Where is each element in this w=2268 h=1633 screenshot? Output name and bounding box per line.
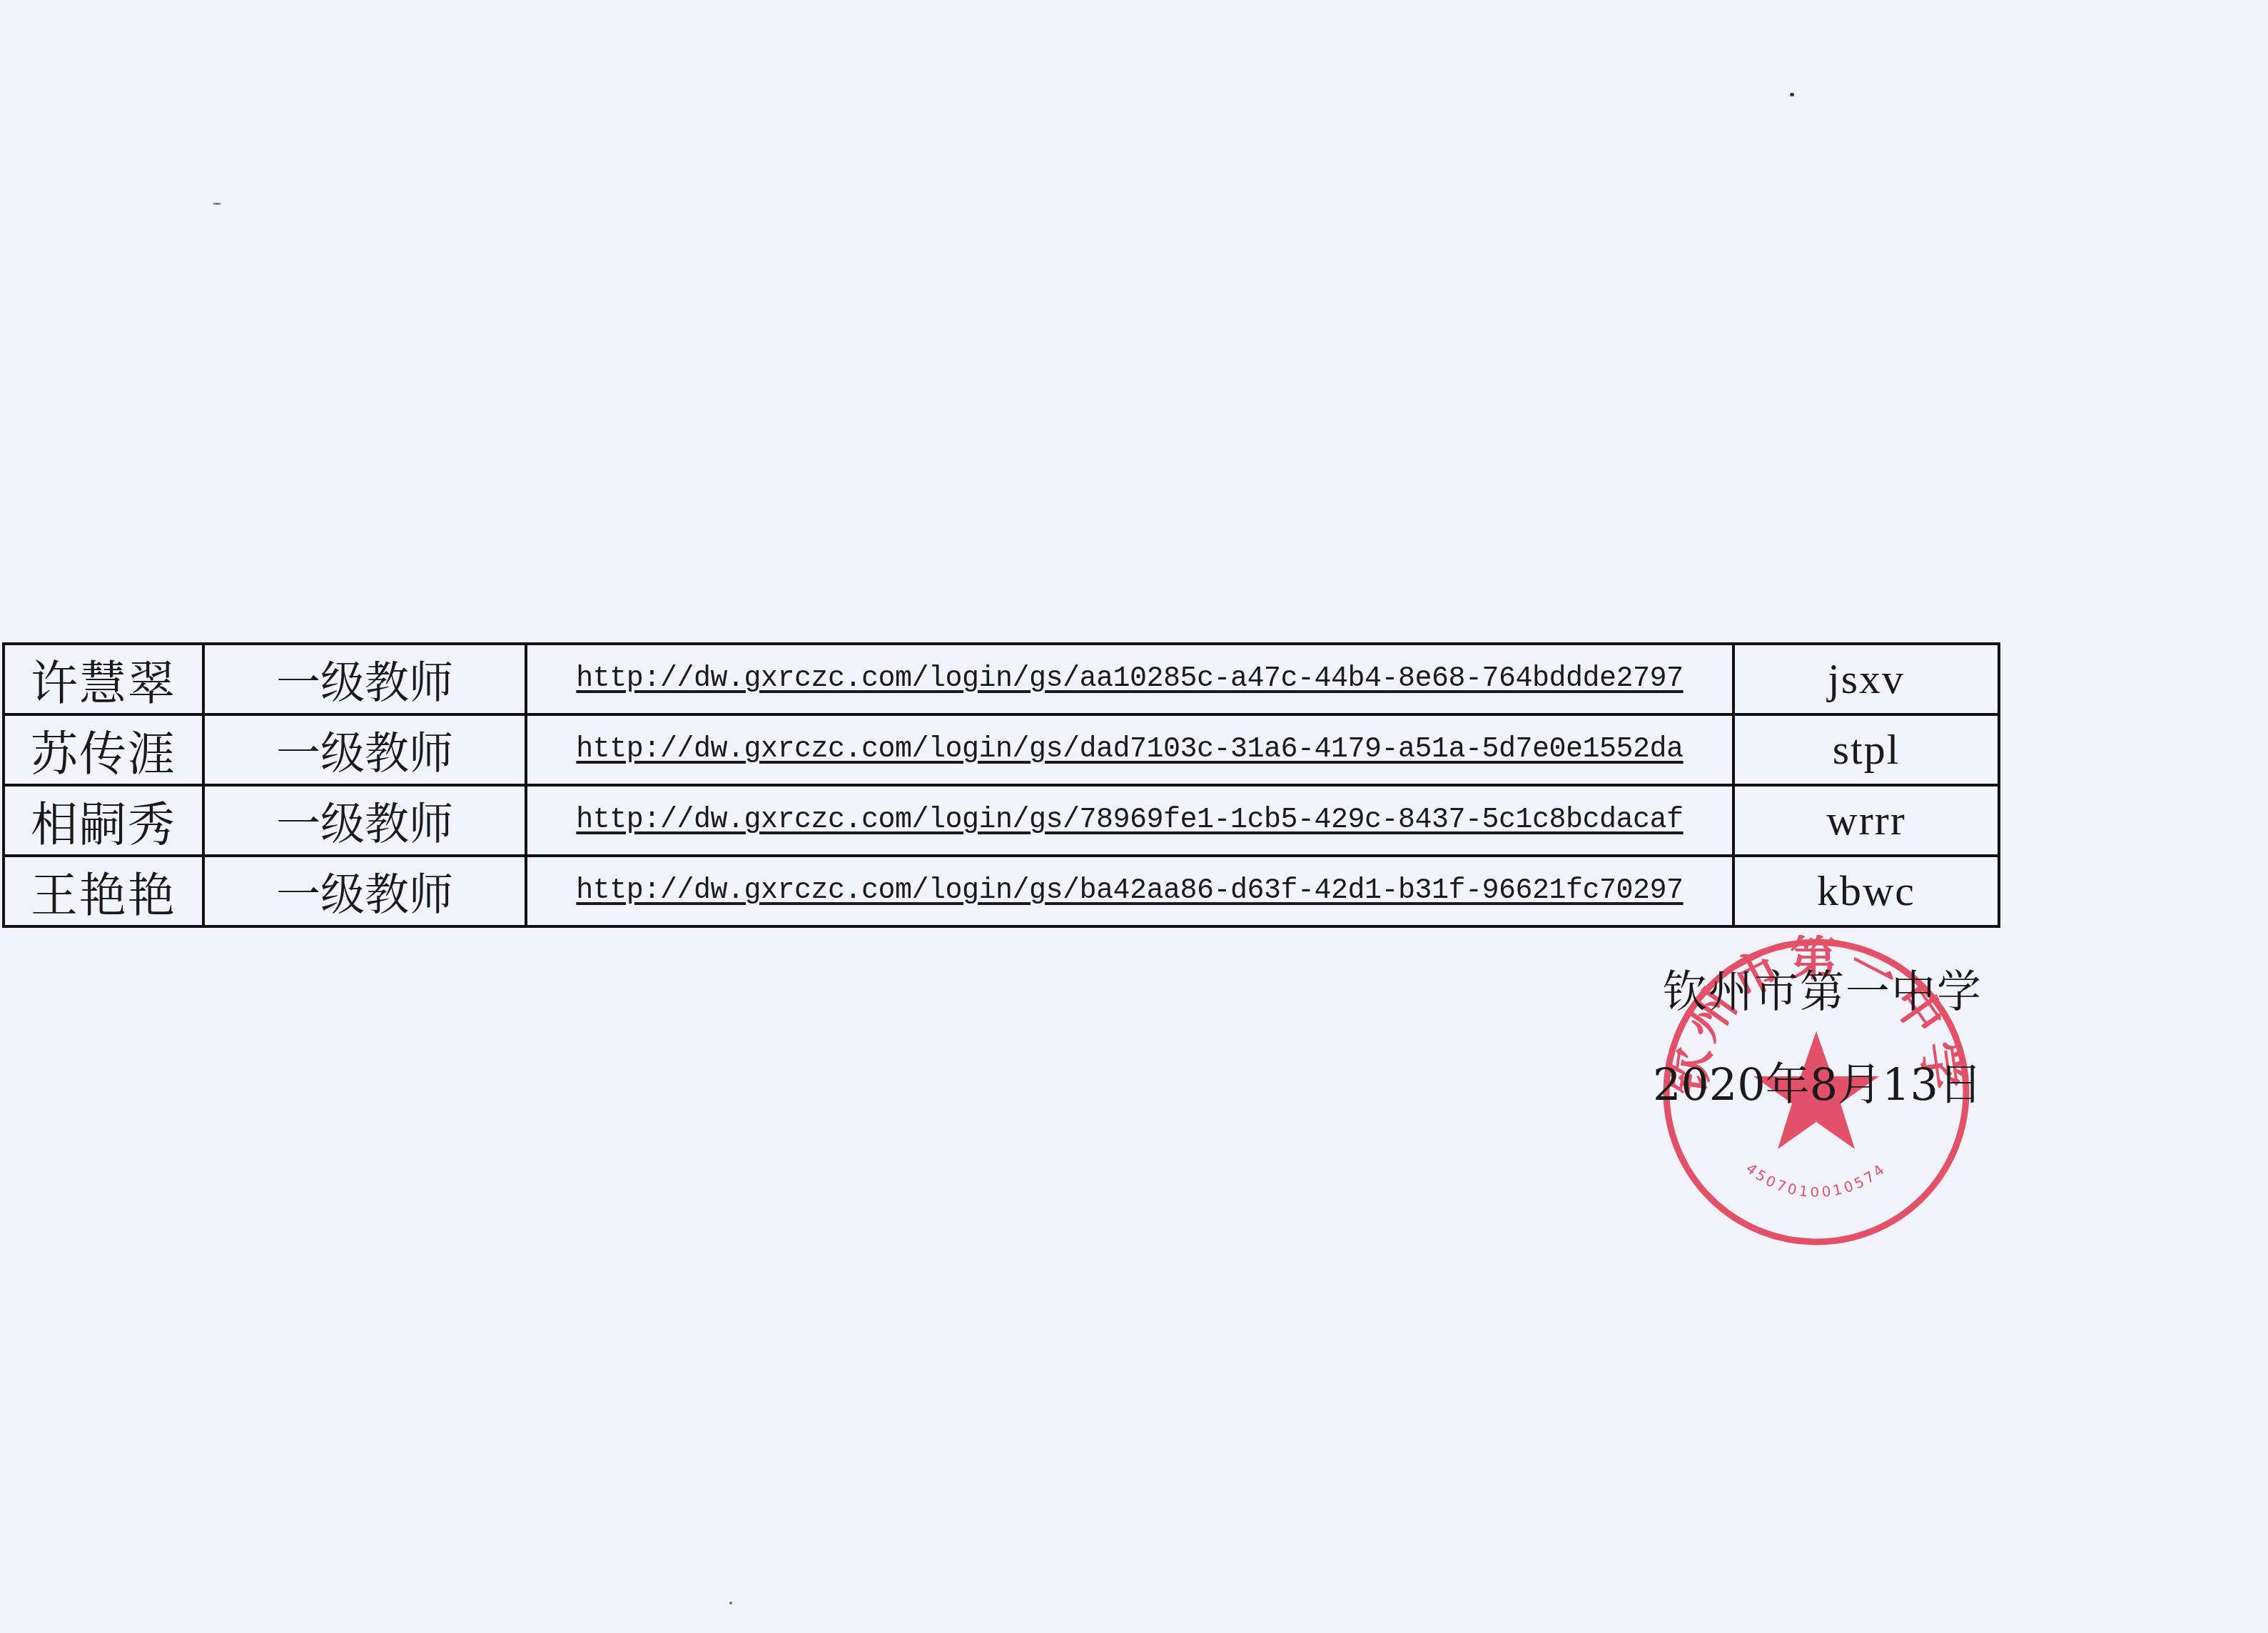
link-cell: http://dw.gxrczc.com/login/gs/aa10285c-a… (526, 644, 1733, 714)
access-code: wrrr (1733, 785, 1999, 856)
access-code: kbwc (1733, 856, 1999, 926)
table-row: 许慧翠 一级教师 http://dw.gxrczc.com/login/gs/a… (4, 644, 1999, 714)
signature-organization: 钦州市第一中学 (1663, 956, 1983, 1020)
login-link[interactable]: http://dw.gxrczc.com/login/gs/78969fe1-1… (576, 804, 1683, 836)
teacher-title: 一级教师 (203, 856, 526, 926)
link-cell: http://dw.gxrczc.com/login/gs/ba42aa86-d… (526, 856, 1733, 926)
login-link[interactable]: http://dw.gxrczc.com/login/gs/ba42aa86-d… (576, 875, 1683, 907)
scan-speck (1790, 93, 1794, 96)
table-row: 王艳艳 一级教师 http://dw.gxrczc.com/login/gs/b… (4, 856, 1999, 926)
access-code: stpl (1733, 714, 1999, 785)
teacher-name: 相嗣秀 (4, 785, 203, 856)
teacher-name: 许慧翠 (4, 644, 203, 714)
link-cell: http://dw.gxrczc.com/login/gs/78969fe1-1… (526, 785, 1733, 856)
login-link[interactable]: http://dw.gxrczc.com/login/gs/aa10285c-a… (576, 663, 1683, 695)
teacher-title: 一级教师 (203, 714, 526, 785)
link-cell: http://dw.gxrczc.com/login/gs/dad7103c-3… (526, 714, 1733, 785)
signature-date: 2020年8月13日 (1653, 1049, 1983, 1113)
teacher-title: 一级教师 (203, 785, 526, 856)
teacher-roster-table: 许慧翠 一级教师 http://dw.gxrczc.com/login/gs/a… (2, 642, 2000, 928)
teacher-name: 王艳艳 (4, 856, 203, 926)
access-code: jsxv (1733, 644, 1999, 714)
seal-number: 4507010010574 (1743, 1160, 1890, 1201)
teacher-title: 一级教师 (203, 644, 526, 714)
login-link[interactable]: http://dw.gxrczc.com/login/gs/dad7103c-3… (576, 734, 1683, 766)
table-row: 苏传涯 一级教师 http://dw.gxrczc.com/login/gs/d… (4, 714, 1999, 785)
scan-speck (729, 1602, 732, 1604)
teacher-name: 苏传涯 (4, 714, 203, 785)
scan-speck (213, 203, 221, 205)
table-row: 相嗣秀 一级教师 http://dw.gxrczc.com/login/gs/7… (4, 785, 1999, 856)
